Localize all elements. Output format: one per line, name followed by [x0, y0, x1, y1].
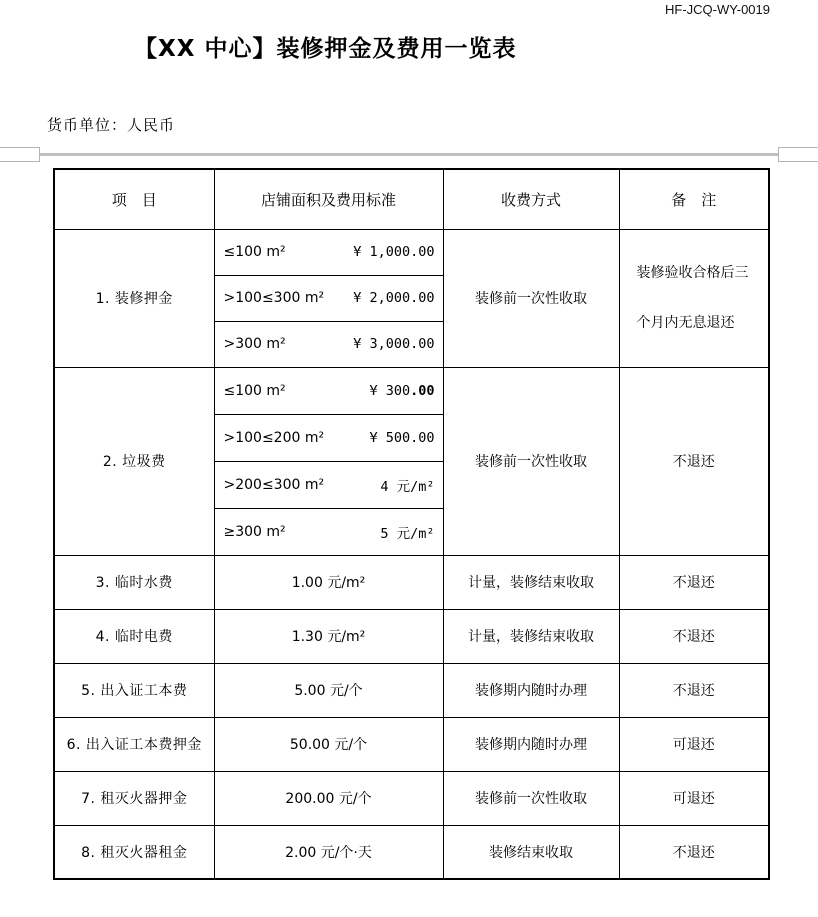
- margin-marker-right: [778, 147, 818, 162]
- tier-fee-main: ¥ 3,000.00: [353, 336, 434, 352]
- tier-row: ≤100 m² ¥ 300.00: [224, 368, 435, 414]
- tier-area: >200≤300 m²: [224, 477, 325, 493]
- method-cell: 装修前一次性收取: [443, 367, 619, 555]
- tier-fee-main: 4 元/m²: [380, 479, 434, 495]
- tier-fee: ¥ 500.00: [369, 430, 434, 446]
- tier-area: ≤100 m²: [224, 383, 286, 399]
- tier-cell: >300 m² ¥ 3,000.00: [214, 321, 443, 367]
- tier-row: ≥300 m² 5 元/m²: [224, 509, 435, 555]
- method-cell: 装修结束收取: [443, 825, 619, 879]
- document-page: HF-JCQ-WY-0019 【XX 中心】装修押金及费用一览表 货币单位：人民…: [0, 0, 818, 917]
- table-row: 2. 垃圾费 ≤100 m² ¥ 300.00 装修前一次性收取 不退还: [54, 367, 769, 414]
- tier-cell: ≤100 m² ¥ 1,000.00: [214, 229, 443, 275]
- margin-divider-line: [0, 153, 818, 156]
- remark-cell: 装修验收合格后三个月内无息退还: [619, 229, 769, 367]
- remark-cell: 不退还: [619, 555, 769, 609]
- fee-table: 项 目 店铺面积及费用标准 收费方式 备 注 1. 装修押金 ≤100 m² ¥…: [53, 168, 770, 880]
- tier-fee-main: 5 元/m²: [380, 526, 434, 542]
- tier-area: >100≤300 m²: [224, 290, 325, 306]
- tier-fee-main: ¥ 300: [369, 383, 410, 399]
- fee-cell: 1.00 元/m²: [214, 555, 443, 609]
- method-cell: 装修前一次性收取: [443, 229, 619, 367]
- header-remark: 备 注: [619, 169, 769, 229]
- tier-area: >100≤200 m²: [224, 430, 325, 446]
- remark-cell: 不退还: [619, 609, 769, 663]
- method-cell: 装修期内随时办理: [443, 663, 619, 717]
- tier-cell: >200≤300 m² 4 元/m²: [214, 461, 443, 508]
- item-name-cell: 2. 垃圾费: [54, 367, 214, 555]
- fee-cell: 50.00 元/个: [214, 717, 443, 771]
- remark-cell: 可退还: [619, 771, 769, 825]
- tier-fee-main: ¥ 2,000.00: [353, 290, 434, 306]
- tier-row: >100≤200 m² ¥ 500.00: [224, 415, 435, 461]
- tier-row: ≤100 m² ¥ 1,000.00: [224, 230, 435, 275]
- tier-fee: ¥ 2,000.00: [353, 290, 434, 306]
- item-name-cell: 7. 租灭火器押金: [54, 771, 214, 825]
- item-name-cell: 5. 出入证工本费: [54, 663, 214, 717]
- item-name-cell: 1. 装修押金: [54, 229, 214, 367]
- tier-area: ≥300 m²: [224, 524, 286, 540]
- item-name-cell: 4. 临时电费: [54, 609, 214, 663]
- doc-code: HF-JCQ-WY-0019: [665, 2, 770, 17]
- page-title: 【XX 中心】装修押金及费用一览表: [134, 30, 516, 63]
- fee-cell: 200.00 元/个: [214, 771, 443, 825]
- method-cell: 计量，装修结束收取: [443, 609, 619, 663]
- remark-cell: 不退还: [619, 825, 769, 879]
- tier-area: >300 m²: [224, 336, 286, 352]
- tier-fee: ¥ 1,000.00: [353, 244, 434, 260]
- item-name-cell: 8. 租灭火器租金: [54, 825, 214, 879]
- table-row: 5. 出入证工本费 5.00 元/个 装修期内随时办理 不退还: [54, 663, 769, 717]
- remark-cell: 不退还: [619, 663, 769, 717]
- tier-fee: ¥ 3,000.00: [353, 336, 434, 352]
- tier-cell: ≥300 m² 5 元/m²: [214, 508, 443, 555]
- fee-cell: 2.00 元/个·天: [214, 825, 443, 879]
- table-row: 7. 租灭火器押金 200.00 元/个 装修前一次性收取 可退还: [54, 771, 769, 825]
- tier-fee: ¥ 300.00: [369, 383, 434, 399]
- method-cell: 计量，装修结束收取: [443, 555, 619, 609]
- header-item: 项 目: [54, 169, 214, 229]
- currency-note: 货币单位：人民币: [47, 114, 175, 135]
- header-method: 收费方式: [443, 169, 619, 229]
- tier-row: >100≤300 m² ¥ 2,000.00: [224, 276, 435, 321]
- method-cell: 装修期内随时办理: [443, 717, 619, 771]
- table-row: 3. 临时水费 1.00 元/m² 计量，装修结束收取 不退还: [54, 555, 769, 609]
- table-row: 4. 临时电费 1.30 元/m² 计量，装修结束收取 不退还: [54, 609, 769, 663]
- fee-cell: 1.30 元/m²: [214, 609, 443, 663]
- item-name-cell: 6. 出入证工本费押金: [54, 717, 214, 771]
- table-row: 1. 装修押金 ≤100 m² ¥ 1,000.00 装修前一次性收取 装修验收…: [54, 229, 769, 275]
- tier-fee: 5 元/m²: [380, 522, 434, 542]
- method-cell: 装修前一次性收取: [443, 771, 619, 825]
- tier-area: ≤100 m²: [224, 244, 286, 260]
- tier-fee: 4 元/m²: [380, 475, 434, 495]
- remark-cell: 不退还: [619, 367, 769, 555]
- margin-marker-left: [0, 147, 40, 162]
- tier-cell: >100≤200 m² ¥ 500.00: [214, 414, 443, 461]
- header-area-standard: 店铺面积及费用标准: [214, 169, 443, 229]
- item-name-cell: 3. 临时水费: [54, 555, 214, 609]
- tier-row: >300 m² ¥ 3,000.00: [224, 322, 435, 367]
- fee-cell: 5.00 元/个: [214, 663, 443, 717]
- tier-row: >200≤300 m² 4 元/m²: [224, 462, 435, 508]
- table-row: 6. 出入证工本费押金 50.00 元/个 装修期内随时办理 可退还: [54, 717, 769, 771]
- tier-fee-main: ¥ 500.00: [369, 430, 434, 446]
- table-header-row: 项 目 店铺面积及费用标准 收费方式 备 注: [54, 169, 769, 229]
- tier-fee-bold: .00: [410, 383, 434, 399]
- table-row: 8. 租灭火器租金 2.00 元/个·天 装修结束收取 不退还: [54, 825, 769, 879]
- remark-cell: 可退还: [619, 717, 769, 771]
- tier-cell: ≤100 m² ¥ 300.00: [214, 367, 443, 414]
- tier-cell: >100≤300 m² ¥ 2,000.00: [214, 275, 443, 321]
- tier-fee-main: ¥ 1,000.00: [353, 244, 434, 260]
